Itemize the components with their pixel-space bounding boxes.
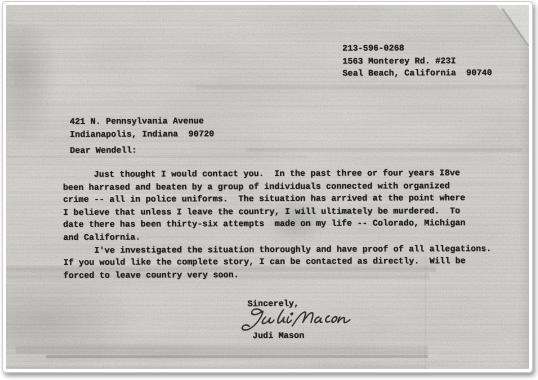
letter-body: Just thought I would contact you. In the… <box>63 167 492 282</box>
typed-signature-name: Judi Mason <box>253 330 305 343</box>
sender-phone: 213-596-0268 <box>342 42 492 55</box>
recipient-street: 421 N. Pennsylvania Avenue <box>70 115 214 128</box>
sender-street: 1563 Monterey Rd. #23I <box>342 55 492 68</box>
recipient-address-block: 421 N. Pennsylvania Avenue Indianapolis,… <box>70 115 215 141</box>
sender-address-block: 213-596-0268 1563 Monterey Rd. #23I Seal… <box>342 42 492 80</box>
letter-scan-page: 213-596-0268 1563 Monterey Rd. #23I Seal… <box>6 5 529 369</box>
body-line: forced to leave country very soon. <box>63 268 491 282</box>
photo-frame: 213-596-0268 1563 Monterey Rd. #23I Seal… <box>2 1 533 373</box>
sender-city-state-zip: Seal Beach, California 90740 <box>342 67 492 80</box>
scanned-letter-screenshot: 213-596-0268 1563 Monterey Rd. #23I Seal… <box>0 0 538 380</box>
body-line: If you would like the complete story, I … <box>63 255 491 269</box>
letter-text-layer: 213-596-0268 1563 Monterey Rd. #23I Seal… <box>6 5 529 369</box>
salutation: Dear Wendell: <box>70 145 137 158</box>
recipient-city-state-zip: Indianapolis, Indiana 90720 <box>70 128 214 141</box>
body-line: date there has been thirty-six attempts … <box>63 217 491 231</box>
